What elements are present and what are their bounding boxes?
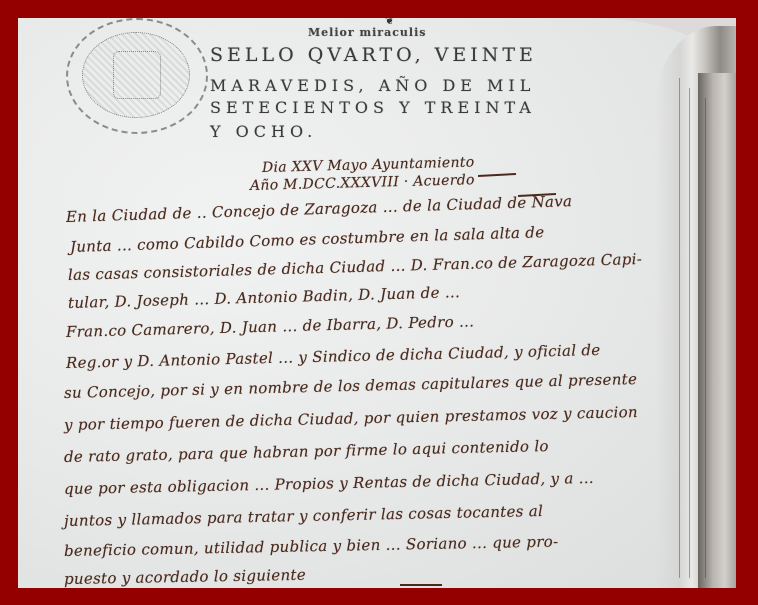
manuscript-line-2: Junta ... como Cabildo Como es costumbre… [70, 223, 545, 256]
printed-seal-line-1: SELLO QVARTO, VEINTE [210, 44, 537, 66]
manuscript-line-5: Fran.co Camarero, D. Juan ... de Ibarra,… [66, 312, 475, 341]
book-spine-shadow [698, 73, 736, 588]
page-edge-line [705, 98, 706, 578]
closing-flourish [400, 584, 442, 586]
page-edge-line [679, 78, 680, 578]
manuscript-line-1: En la Ciudad de .. Concejo de Zaragoza .… [66, 192, 573, 226]
manuscript-line-3: las casas consistoriales de dicha Ciudad… [68, 250, 643, 284]
manuscript-line-8: y por tiempo fueren de dicha Ciudad, por… [64, 403, 638, 434]
heading-flourish-1 [478, 173, 516, 177]
manuscript-line-10: que por esta obligacion ... Propios y Re… [64, 469, 594, 498]
manuscript-line-7: su Concejo, por si y en nombre de los de… [64, 370, 638, 402]
printed-seal-line-4: Y OCHO. [210, 122, 317, 141]
printed-seal-line-2: MARAVEDIS, AÑO DE MIL [210, 76, 535, 95]
royal-seal-stamp-icon [66, 18, 208, 134]
paper-page: ❦ Melior miraculis SELLO QVARTO, VEINTE … [18, 18, 708, 588]
manuscript-line-9: de rato grato, para que habran por firme… [64, 437, 549, 466]
page-edge-line [689, 88, 690, 578]
manuscript-line-6: Reg.or y D. Antonio Pastel ... y Sindico… [66, 341, 601, 372]
stamp-inner-ring [82, 32, 190, 118]
manuscript-line-4: tular, D. Joseph ... D. Antonio Badin, D… [68, 283, 461, 312]
manuscript-line-11: juntos y llamados para tratar y conferir… [64, 502, 543, 530]
stamp-coat-of-arms [113, 51, 161, 99]
manuscript-line-13: puesto y acordado lo siguiente [64, 566, 306, 588]
printed-seal-line-3: SETECIENTOS Y TREINTA [210, 98, 536, 117]
manuscript-line-12: beneficio comun, utilidad publica y bien… [64, 533, 559, 560]
document-photo: ❦ Melior miraculis SELLO QVARTO, VEINTE … [18, 18, 736, 588]
printed-motto: Melior miraculis [308, 26, 426, 39]
document-frame: ❦ Melior miraculis SELLO QVARTO, VEINTE … [0, 0, 758, 605]
